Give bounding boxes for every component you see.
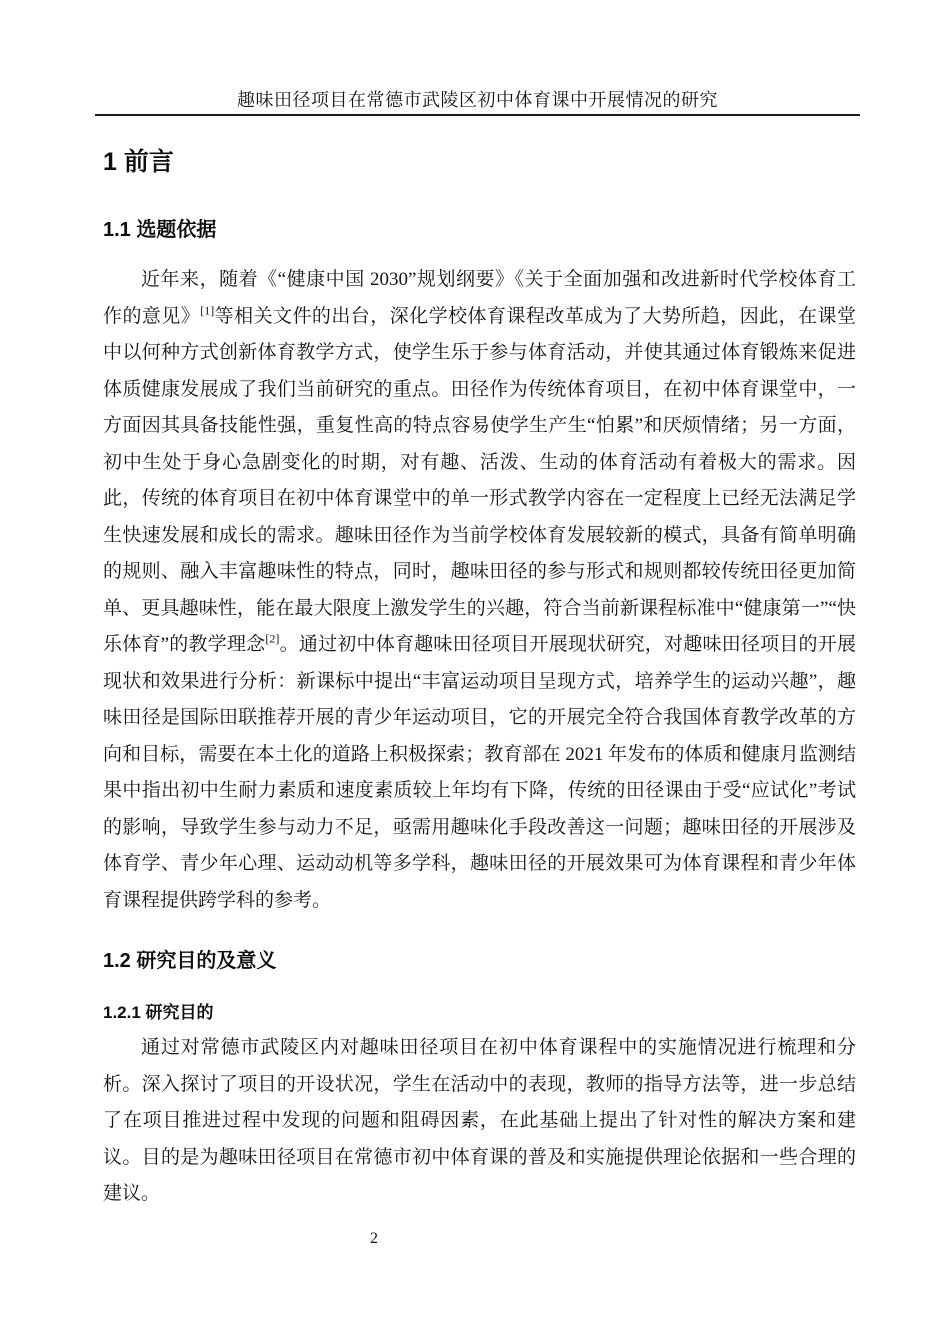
citation-ref-2: [2] — [265, 632, 279, 646]
heading-section-1-1-topic-basis: 1.1 选题依据 — [103, 218, 856, 242]
heading-section-1-2-purpose-significance: 1.2 研究目的及意义 — [103, 949, 856, 973]
citation-ref-1: [1] — [200, 303, 214, 317]
paragraph-topic-basis: 近年来，随着《“健康中国 2030”规划纲要》《关于全面加强和改进新时代学校体育… — [103, 262, 856, 919]
running-head-title: 趣味田径项目在常德市武陵区初中体育课中开展情况的研究 — [95, 89, 860, 111]
document-page: 趣味田径项目在常德市武陵区初中体育课中开展情况的研究 1 前言 1.1 选题依据… — [0, 0, 950, 1344]
paragraph-text-segment: 。通过初中体育趣味田径项目开展现状研究，对趣味田径项目的开展现状和效果进行分析：… — [103, 634, 856, 911]
page-number: 2 — [363, 1229, 385, 1249]
paragraph-research-purpose: 通过对常德市武陵区内对趣味田径项目在初中体育课程中的实施情况进行梳理和分析。深入… — [103, 1030, 856, 1213]
heading-subsection-1-2-1-research-purpose: 1.2.1 研究目的 — [103, 1002, 856, 1023]
page-header: 趣味田径项目在常德市武陵区初中体育课中开展情况的研究 — [95, 0, 860, 116]
heading-chapter-1-foreword: 1 前言 — [103, 148, 856, 176]
document-content: 1 前言 1.1 选题依据 近年来，随着《“健康中国 2030”规划纲要》《关于… — [103, 116, 856, 1213]
paragraph-text-segment: 等相关文件的出台，深化学校体育课程改革成为了大势所趋，因此，在课堂中以何种方式创… — [103, 306, 856, 656]
